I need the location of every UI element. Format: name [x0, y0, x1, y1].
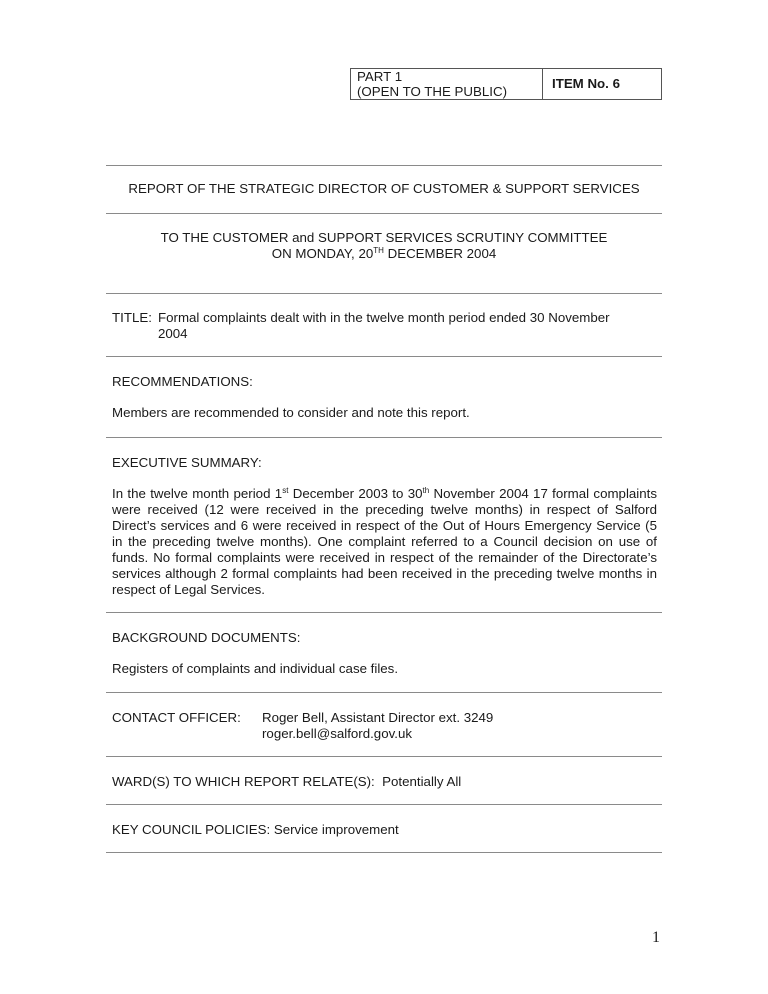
- item-number-cell: ITEM No. 6: [543, 69, 661, 99]
- part-item-table: PART 1 (OPEN TO THE PUBLIC) ITEM No. 6: [350, 68, 662, 100]
- wards-row: WARD(S) TO WHICH REPORT RELATE(S): Poten…: [112, 774, 657, 790]
- contact-officer-details: Roger Bell, Assistant Director ext. 3249…: [262, 710, 493, 742]
- title-text: Formal complaints dealt with in the twel…: [158, 310, 610, 342]
- public-status-label: (OPEN TO THE PUBLIC): [357, 84, 542, 99]
- key-policies-row: KEY COUNCIL POLICIES: Service improvemen…: [112, 822, 657, 838]
- document-page: PART 1 (OPEN TO THE PUBLIC) ITEM No. 6 R…: [0, 0, 768, 994]
- divider: [106, 756, 662, 757]
- key-policies-value: Service improvement: [274, 822, 399, 837]
- title-label: TITLE:: [112, 310, 158, 342]
- divider: [106, 804, 662, 805]
- recommendations-body: Members are recommended to consider and …: [112, 405, 657, 421]
- wards-label: WARD(S) TO WHICH REPORT RELATE(S):: [112, 774, 375, 789]
- report-of-heading: REPORT OF THE STRATEGIC DIRECTOR OF CUST…: [106, 181, 662, 197]
- recommendations-heading: RECOMMENDATIONS:: [112, 374, 657, 390]
- part-cell: PART 1 (OPEN TO THE PUBLIC): [351, 69, 543, 99]
- meeting-date-line: ON MONDAY, 20TH DECEMBER 2004: [106, 246, 662, 262]
- divider: [106, 437, 662, 438]
- divider: [106, 612, 662, 613]
- key-policies-label: KEY COUNCIL POLICIES:: [112, 822, 270, 837]
- divider: [106, 213, 662, 214]
- divider: [106, 165, 662, 166]
- contact-officer-label: CONTACT OFFICER:: [112, 710, 262, 742]
- divider: [106, 692, 662, 693]
- divider: [106, 356, 662, 357]
- part-label: PART 1: [357, 69, 542, 84]
- background-documents-heading: BACKGROUND DOCUMENTS:: [112, 630, 657, 646]
- contact-officer-name: Roger Bell, Assistant Director ext. 3249: [262, 710, 493, 725]
- executive-summary-heading: EXECUTIVE SUMMARY:: [112, 455, 657, 471]
- executive-summary-body: In the twelve month period 1st December …: [112, 486, 657, 598]
- wards-value: Potentially All: [382, 774, 461, 789]
- committee-line: TO THE CUSTOMER and SUPPORT SERVICES SCR…: [106, 230, 662, 246]
- report-title: TITLE: Formal complaints dealt with in t…: [112, 310, 657, 342]
- committee-heading: TO THE CUSTOMER and SUPPORT SERVICES SCR…: [106, 230, 662, 262]
- page-number: 1: [652, 930, 660, 946]
- divider: [106, 293, 662, 294]
- item-number-label: ITEM No. 6: [552, 76, 620, 92]
- contact-officer: CONTACT OFFICER: Roger Bell, Assistant D…: [112, 710, 657, 742]
- contact-officer-email[interactable]: roger.bell@salford.gov.uk: [262, 726, 412, 741]
- background-documents-body: Registers of complaints and individual c…: [112, 661, 657, 677]
- divider: [106, 852, 662, 853]
